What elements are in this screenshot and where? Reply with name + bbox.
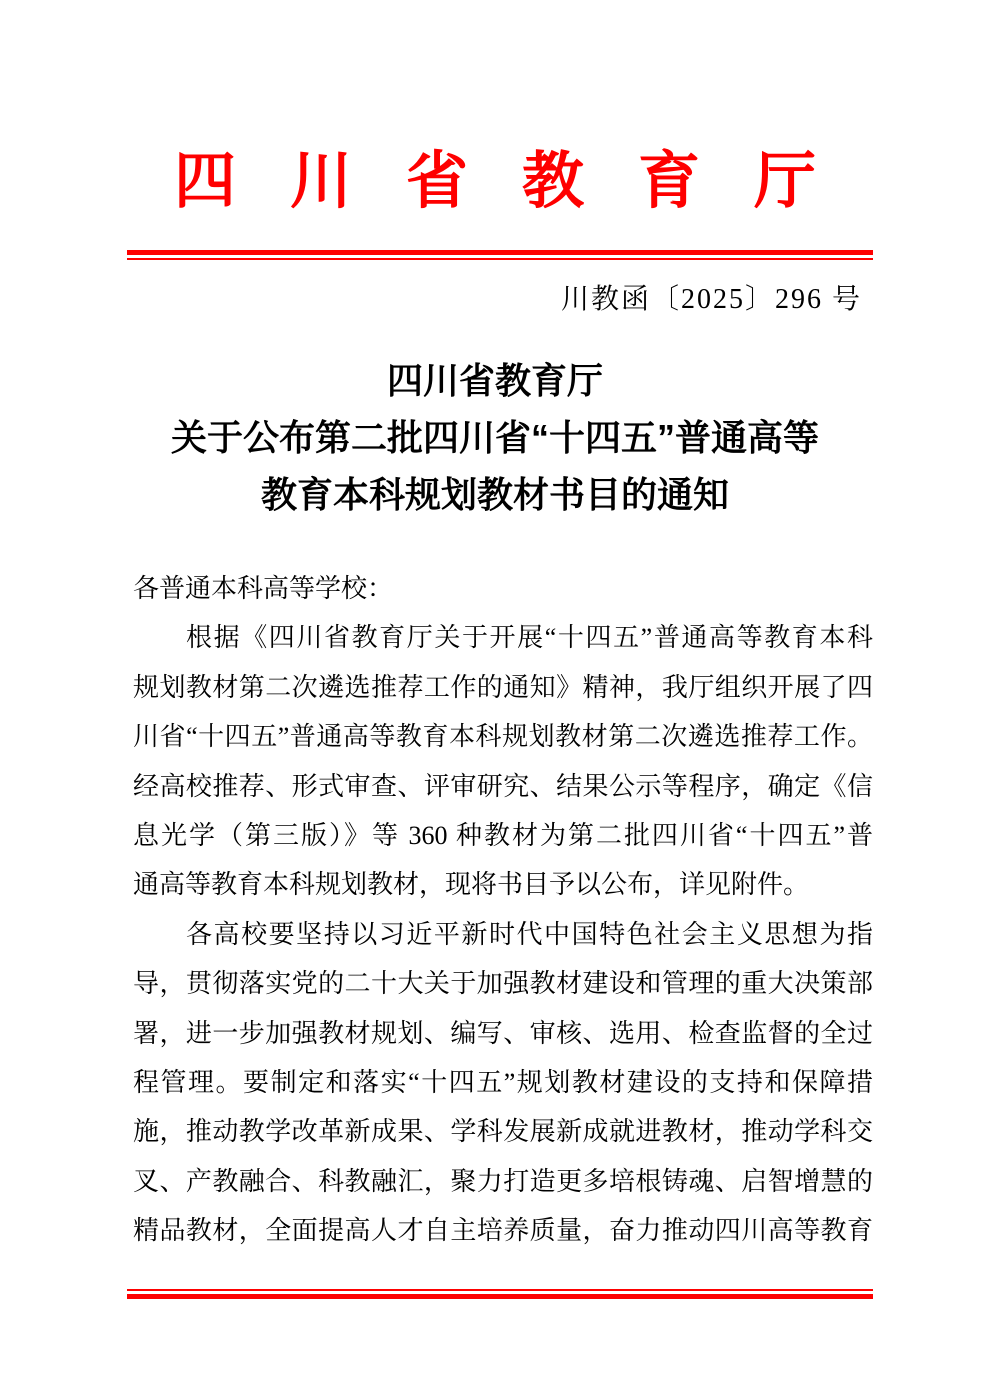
document-number: 川教函〔2025〕296 号 [561,284,862,316]
body-text-line: 署，进一步加强教材规划、编写、审核、选用、检查监督的全过 [133,1009,873,1058]
document-page: 四川省教育厅 川教函〔2025〕296 号 四川省教育厅 关于公布第二批四川省“… [0,0,990,1400]
body-text-line: 叉、产教融合、科教融汇，聚力打造更多培根铸魂、启智增慧的 [133,1157,873,1206]
document-title-line-1: 四川省教育厅 [0,352,990,409]
body-text-line: 导，贯彻落实党的二十大关于加强教材建设和管理的重大决策部 [133,959,873,1008]
body-text-line: 规划教材第二次遴选推荐工作的通知》精神，我厅组织开展了四 [133,663,873,712]
document-title-line-3: 教育本科规划教材书目的通知 [0,466,990,523]
body-text-line: 施，推动教学改革新成果、学科发展新成就进教材，推动学科交 [133,1107,873,1156]
footer-rule [127,1289,873,1299]
body-text-line: 程管理。要制定和落实“十四五”规划教材建设的支持和保障措 [133,1058,873,1107]
document-title: 四川省教育厅 关于公布第二批四川省“十四五”普通高等 教育本科规划教材书目的通知 [0,352,990,523]
rule-thick-bar [127,1294,873,1299]
document-title-line-2: 关于公布第二批四川省“十四五”普通高等 [0,409,990,466]
rule-thin-bar [127,258,873,260]
body-text-line: 通高等教育本科规划教材，现将书目予以公布，详见附件。 [133,860,873,909]
body-text-line: 根据《四川省教育厅关于开展“十四五”普通高等教育本科 [133,613,873,662]
agency-letterhead: 四川省教育厅 [0,144,990,220]
body-text-line: 各高校要坚持以习近平新时代中国特色社会主义思想为指 [133,910,873,959]
document-body: 各普通本科高等学校：根据《四川省教育厅关于开展“十四五”普通高等教育本科规划教材… [133,564,873,1255]
body-text-line: 精品教材，全面提高人才自主培养质量，奋力推动四川高等教育 [133,1206,873,1255]
body-text-line: 经高校推荐、形式审查、评审研究、结果公示等程序，确定《信 [133,762,873,811]
body-text-line: 各普通本科高等学校： [133,564,873,613]
body-text-line: 息光学（第三版）》等 360 种教材为第二批四川省“十四五”普 [133,811,873,860]
letterhead-divider-rule [127,250,873,260]
body-text-line: 川省“十四五”普通高等教育本科规划教材第二次遴选推荐工作。 [133,712,873,761]
